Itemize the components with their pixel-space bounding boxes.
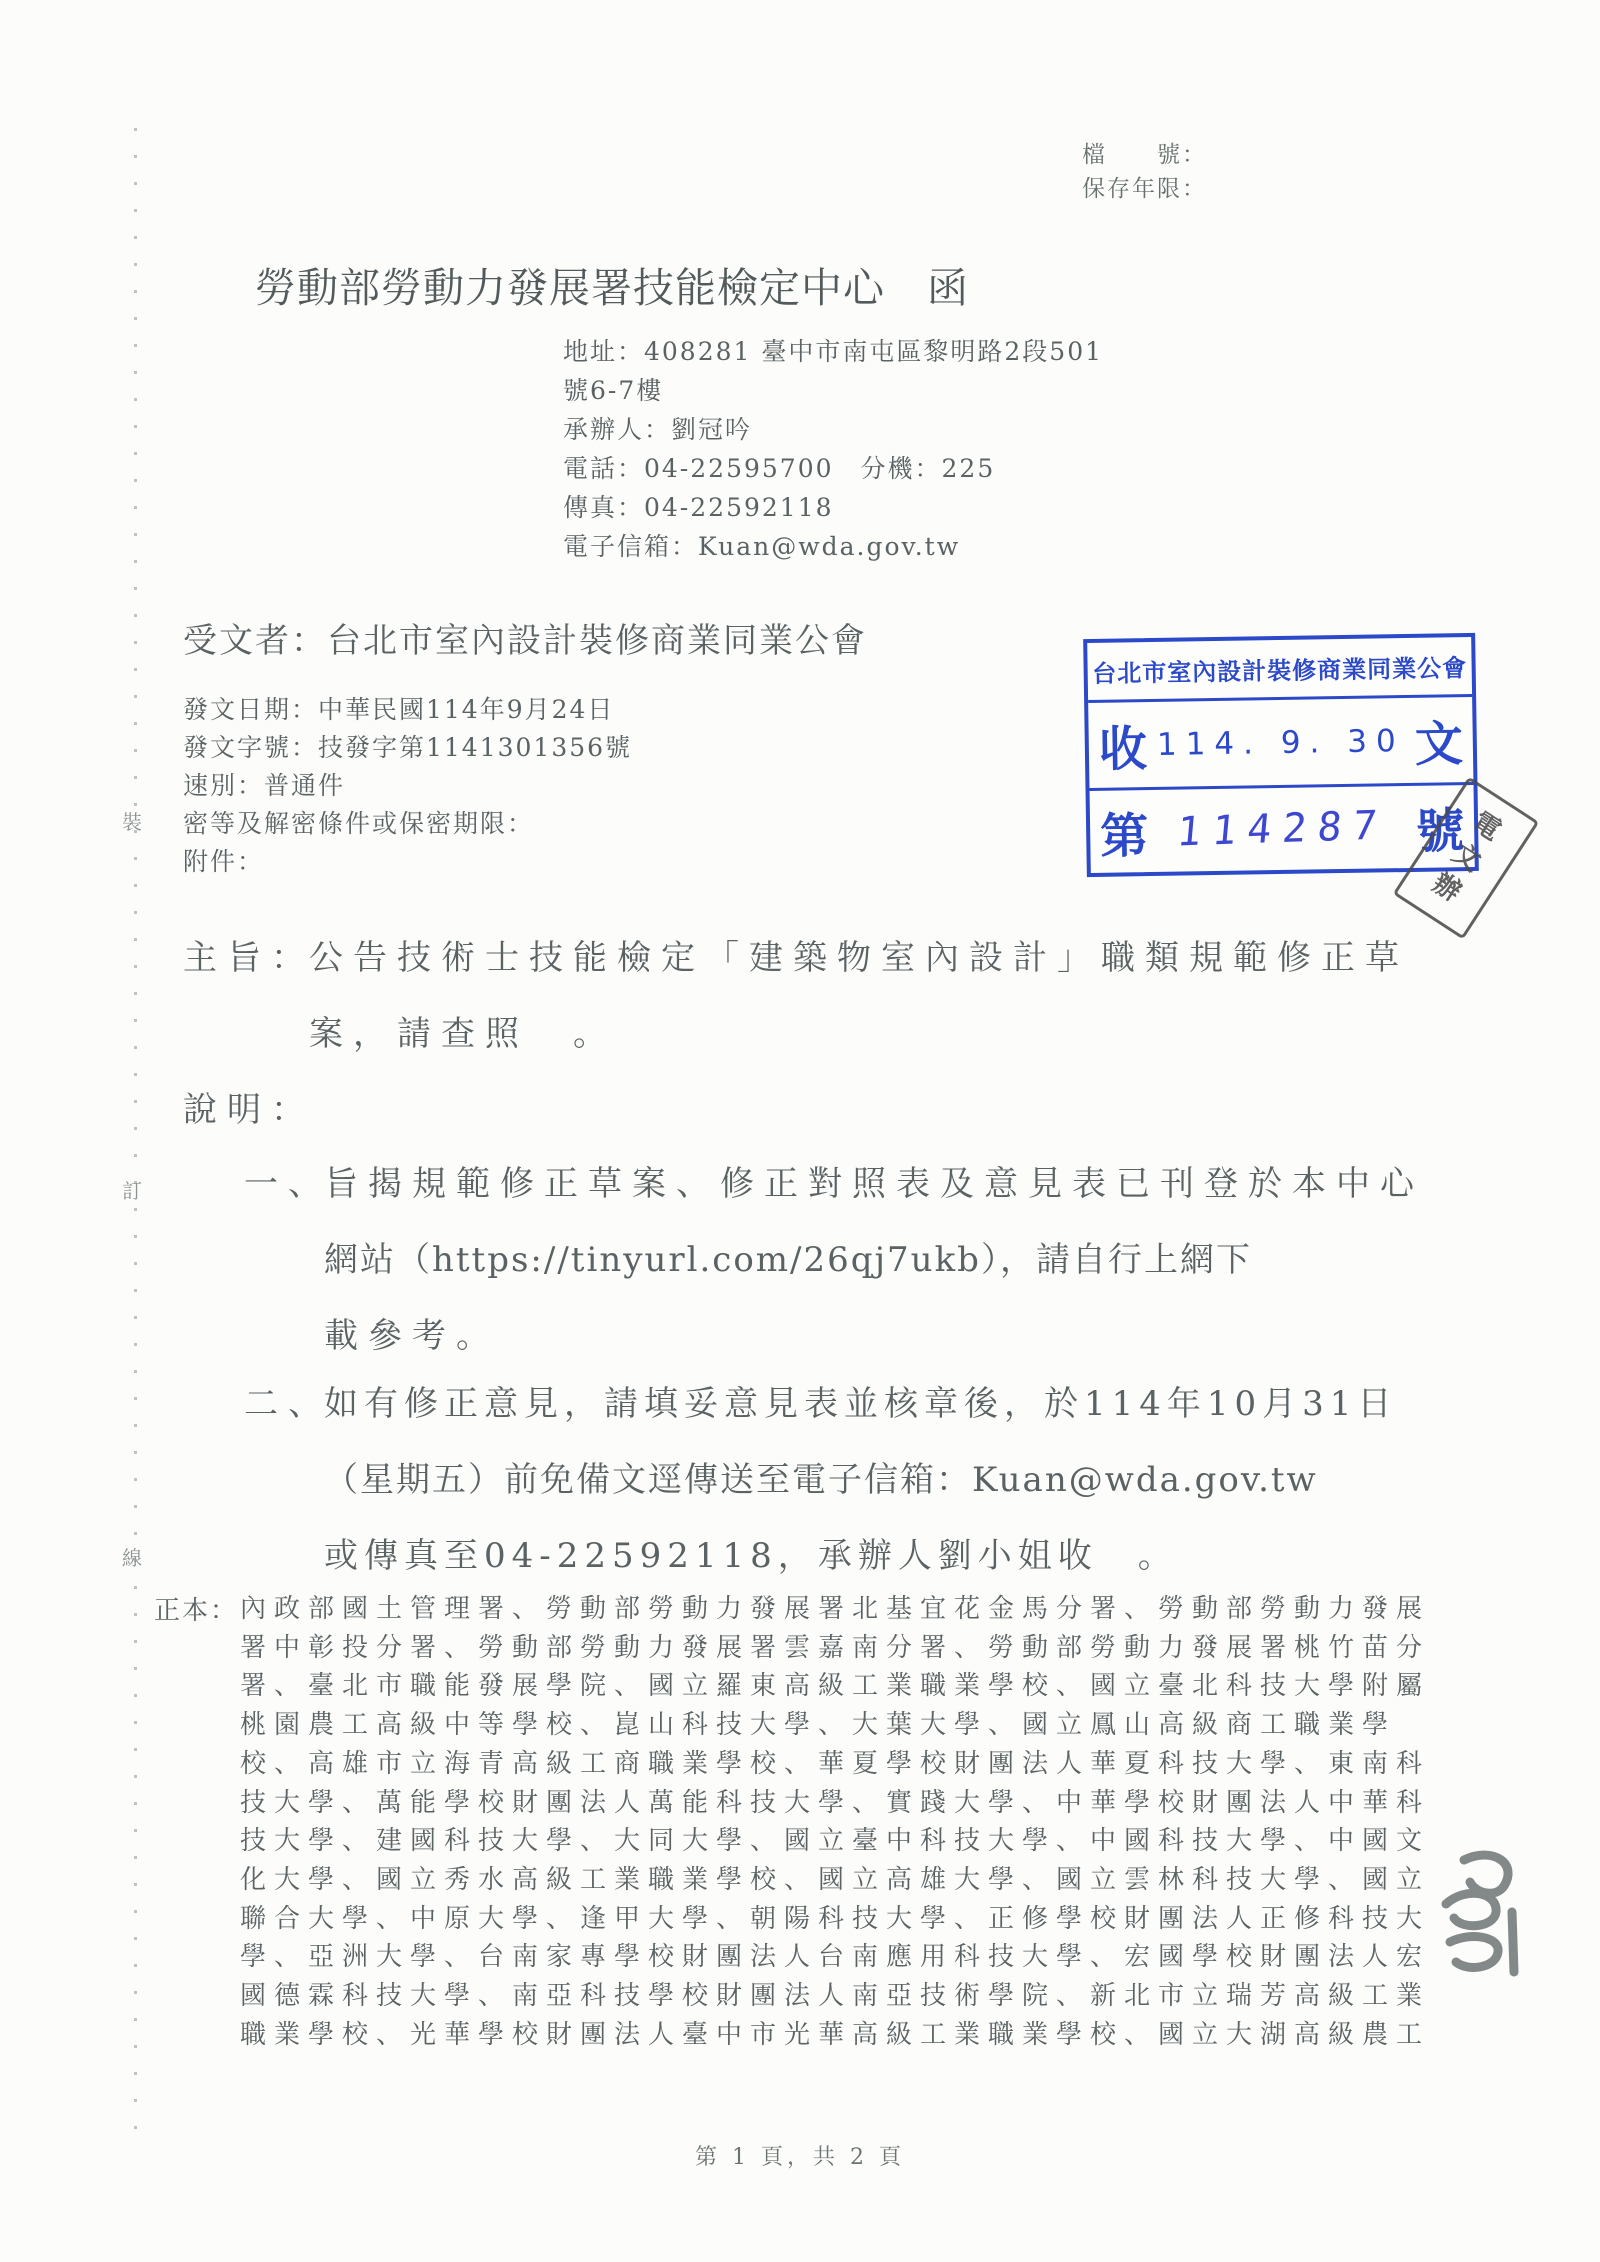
received-stamp: 台北市室內設計裝修商業同業公會 收 114. 9. 30 文 第 114287 …: [1083, 633, 1479, 877]
copy-to-line: 校、高雄市立海青高級工商職業學校、華夏學校財團法人華夏科技大學、東南科: [240, 1745, 1430, 1784]
sender-address-line1: 地址：408281 臺中市南屯區黎明路2段501: [563, 332, 1103, 371]
copy-to-line: 國德霖科技大學、南亞科技學校財團法人南亞技術學院、新北市立瑞芳高級工業: [240, 1977, 1430, 2016]
sender-fax: 傳真：04-22592118: [563, 488, 1103, 527]
copy-to-line: 桃園農工高級中等學校、崑山科技大學、大葉大學、國立鳳山高級商工職業學: [240, 1706, 1430, 1745]
scanned-official-letter: 裝 訂 線 檔 號： 保存年限： 勞動部勞動力發展署技能檢定中心 函 地址：40…: [0, 0, 1600, 2262]
copy-to-line: 內政部國土管理署、勞動部勞動力發展署北基宜花金馬分署、勞動部勞動力發展: [240, 1590, 1430, 1629]
binding-mark-zhuang: 裝: [122, 806, 142, 835]
stamp-receive-row: 收 114. 9. 30 文: [1088, 697, 1473, 791]
explanation-item2-body: 如有修正意見，請填妥意見表並核章後，於114年10月31日 （星期五）前免備文逕…: [324, 1366, 1397, 1594]
sender-address-line2: 號6-7樓: [563, 371, 1103, 410]
stamp-receive-date: 114. 9. 30: [1157, 723, 1405, 763]
explanation-item1-number: 一、: [244, 1146, 332, 1222]
sender-phone: 電話：04-22595700 分機：225: [563, 449, 1103, 488]
subject-line: 案，請查照 。: [309, 996, 1409, 1072]
explanation-item1-body: 旨揭規範修正草案、修正對照表及意見表已刊登於本中心 網站（https://tin…: [324, 1146, 1424, 1374]
copy-to-line: 技大學、萬能學校財團法人萬能科技大學、實踐大學、中華學校財團法人中華科: [240, 1784, 1430, 1823]
subject-line: 公告技術士技能檢定「建築物室內設計」職類規範修正草: [309, 920, 1409, 996]
explanation-item1-line: 旨揭規範修正草案、修正對照表及意見表已刊登於本中心: [324, 1146, 1424, 1222]
explanation-item2-line: 或傳真至04-22592118，承辦人劉小姐收 。: [324, 1518, 1397, 1594]
copy-to-list: 內政部國土管理署、勞動部勞動力發展署北基宜花金馬分署、勞動部勞動力發展 署中彰投…: [240, 1590, 1430, 2054]
binding-mark-xian: 線: [122, 1542, 142, 1571]
copy-to-label: 正本：: [154, 1590, 238, 1627]
sender-contact-person: 承辦人：劉冠吟: [563, 410, 1103, 449]
subject-label: 主旨：: [183, 920, 315, 996]
binding-mark-ding: 訂: [122, 1175, 142, 1204]
classification-line: 密等及解密條件或保密期限：: [183, 805, 632, 843]
copy-to-line: 學、亞洲大學、台南家專學校財團法人台南應用科技大學、宏國學校財團法人宏: [240, 1938, 1430, 1977]
copy-to-line: 署、臺北市職能發展學院、國立羅東高級工業職業學校、國立臺北科技大學附屬: [240, 1667, 1430, 1706]
explanation-item2-line: （星期五）前免備文逕傳送至電子信箱：Kuan@wda.gov.tw: [324, 1442, 1397, 1518]
doc-number-line: 發文字號：技發字第1141301356號: [183, 729, 632, 767]
issue-date-line: 發文日期：中華民國114年9月24日: [183, 691, 632, 729]
copy-to-line: 職業學校、光華學校財團法人臺中市光華高級工業職業學校、國立大湖高級農工: [240, 2016, 1430, 2055]
subject-body: 公告技術士技能檢定「建築物室內設計」職類規範修正草 案，請查照 。: [309, 920, 1409, 1072]
explanation-item2-line: 如有修正意見，請填妥意見表並核章後，於114年10月31日: [324, 1366, 1397, 1442]
sender-email: 電子信箱：Kuan@wda.gov.tw: [563, 527, 1103, 566]
sender-contact-block: 地址：408281 臺中市南屯區黎明路2段501 號6-7樓 承辦人：劉冠吟 電…: [563, 332, 1103, 566]
stamp-receive-label: 收: [1098, 710, 1147, 780]
document-title: 勞動部勞動力發展署技能檢定中心 函: [255, 255, 969, 314]
copy-to-line: 署中彰投分署、勞動部勞動力發展署雲嘉南分署、勞動部勞動力發展署桃竹苗分: [240, 1629, 1430, 1668]
stamp-number-prefix: 第: [1100, 797, 1149, 867]
explanation-label: 說明：: [183, 1072, 315, 1148]
stamp-organization: 台北市室內設計裝修商業同業公會: [1087, 637, 1472, 703]
page-footer: 第 1 頁，共 2 頁: [0, 2140, 1600, 2171]
binding-perforation-dots: [134, 128, 137, 2138]
priority-line: 速別：普通件: [183, 767, 632, 805]
document-meta-block: 發文日期：中華民國114年9月24日 發文字號：技發字第1141301356號 …: [183, 691, 632, 881]
attachment-line: 附件：: [183, 843, 632, 881]
retention-period-label: 保存年限：: [1082, 172, 1207, 206]
explanation-item1-line: 網站（https://tinyurl.com/26qj7ukb），請自行上網下: [324, 1222, 1424, 1298]
explanation-item2-number: 二、: [244, 1366, 332, 1442]
file-meta-block: 檔 號： 保存年限：: [1082, 138, 1207, 206]
file-number-label: 檔 號：: [1082, 138, 1207, 172]
recipient-line: 受文者：台北市室內設計裝修商業同業公會: [183, 613, 867, 662]
stamp-doc-label: 文: [1414, 705, 1463, 775]
copy-to-line: 聯合大學、中原大學、逢甲大學、朝陽科技大學、正修學校財團法人正修科技大: [240, 1900, 1430, 1939]
explanation-item1-line: 載參考。: [324, 1298, 1424, 1374]
stamp-number-value: 114287: [1175, 802, 1390, 855]
copy-to-line: 化大學、國立秀水高級工業職業學校、國立高雄大學、國立雲林科技大學、國立: [240, 1861, 1430, 1900]
scan-artifact-squiggle: [1426, 1842, 1526, 1992]
copy-to-line: 技大學、建國科技大學、大同大學、國立臺中科技大學、中國科技大學、中國文: [240, 1822, 1430, 1861]
